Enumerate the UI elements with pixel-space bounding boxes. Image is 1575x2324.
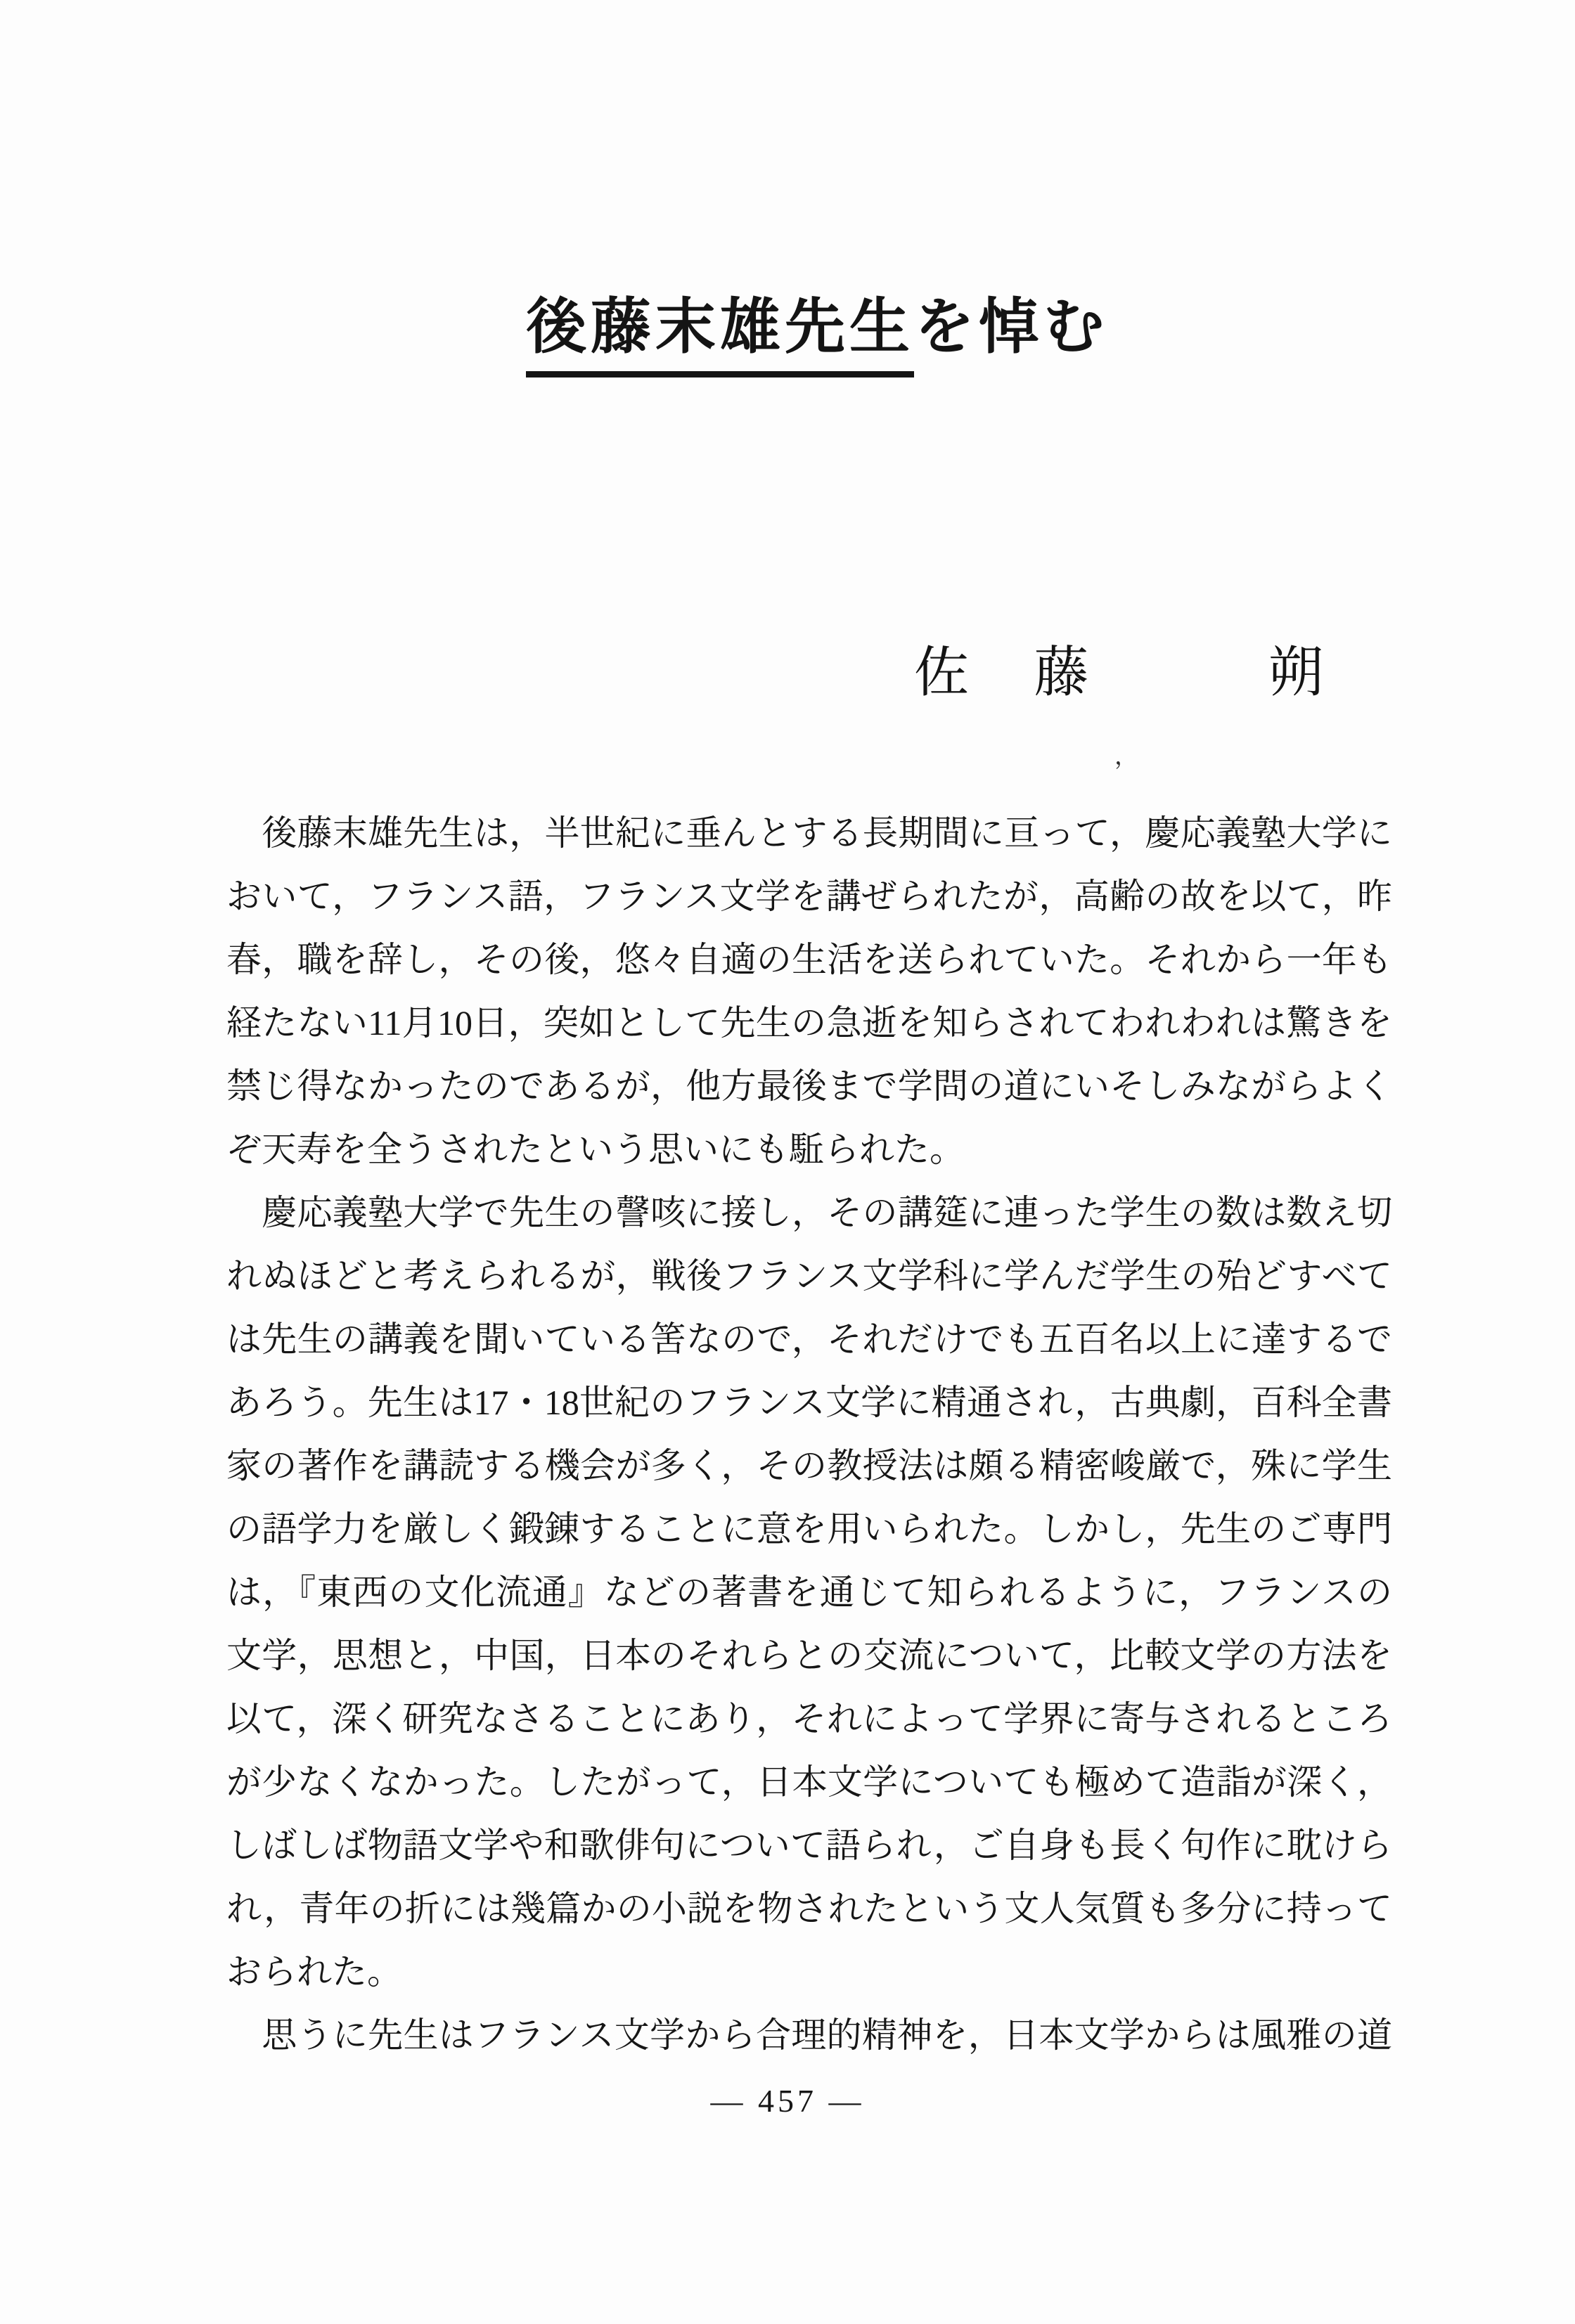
body-line: 家の著作を講読する機会が多く，その教授法は頗る精密峻厳で，殊に学生 [226,1434,1392,1497]
document-page: 後藤末雄先生を悼む 佐 藤 朔 ， 後藤末雄先生は，半世紀に垂んとする長期間に亘… [0,0,1575,2324]
body-line: が少なくなかった。したがって，日本文学についても極めて造詣が深く， [226,1750,1392,1814]
body-line: 春，職を辞し，その後，悠々自適の生活を送られていた。それから一年も [226,928,1392,991]
body-line: ぞ天寿を全うされたという思いにも駈られた。 [226,1118,1392,1181]
title-suffix: を悼む [914,293,1108,361]
body-line: の語学力を厳しく鍛錬することに意を用いられた。しかし，先生のご専門 [226,1497,1392,1561]
body-line: おられた。 [226,1940,1392,2003]
author-line: 佐 藤 朔 [914,628,1323,707]
body-line: おいて，フランス語，フランス文学を講ぜられたが，高齢の故を以て，昨 [226,865,1392,928]
author-char: 佐 [914,628,969,707]
page-number: — 457 — [0,2082,1575,2119]
body-line: しばしば物語文学や和歌俳句について語られ，ご自身も長く句作に耽けら [226,1814,1392,1877]
page-title: 後藤末雄先生を悼む [526,291,1108,363]
body-line: 以て，深く研究なさることにあり，それによって学界に寄与されるところ [226,1687,1392,1750]
body-line: 経たない11月10日，突如として先生の急逝を知らされてわれわれは驚きを [226,991,1392,1054]
body-line: 思うに先生はフランス文学から合理的精神を，日本文学からは風雅の道 [226,2003,1392,2067]
scan-speck: ， [1114,737,1138,771]
body-line: は，『東西の文化流通』などの著書を通じて知られるように，フランスの [226,1561,1392,1624]
author-char: 藤 [1034,628,1089,707]
body-line: 慶応義塾大学で先生の謦咳に接し，その講筵に連った学生の数は数え切 [226,1181,1392,1244]
body-line: あろう。先生は17・18世紀のフランス文学に精通され，古典劇，百科全書 [226,1371,1392,1434]
author-char: 朔 [1268,628,1323,707]
body-line: れぬほどと考えられるが，戦後フランス文学科に学んだ学生の殆どすべて [226,1244,1392,1308]
body-line: 文学，思想と，中国，日本のそれらとの交流について，比較文学の方法を [226,1624,1392,1687]
title-underlined-name: 後藤末雄先生 [526,293,914,377]
body-line: は先生の講義を聞いている筈なので，それだけでも五百名以上に達するで [226,1308,1392,1371]
body-line: 後藤末雄先生は，半世紀に垂んとする長期間に亘って，慶応義塾大学に [226,801,1392,865]
body-line: 禁じ得なかったのであるが，他方最後まで学問の道にいそしみながらよく [226,1054,1392,1118]
body-line: れ，青年の折には幾篇かの小説を物されたという文人気質も多分に持って [226,1877,1392,1940]
body-text: 後藤末雄先生は，半世紀に垂んとする長期間に亘って，慶応義塾大学に おいて，フラン… [226,801,1392,2067]
